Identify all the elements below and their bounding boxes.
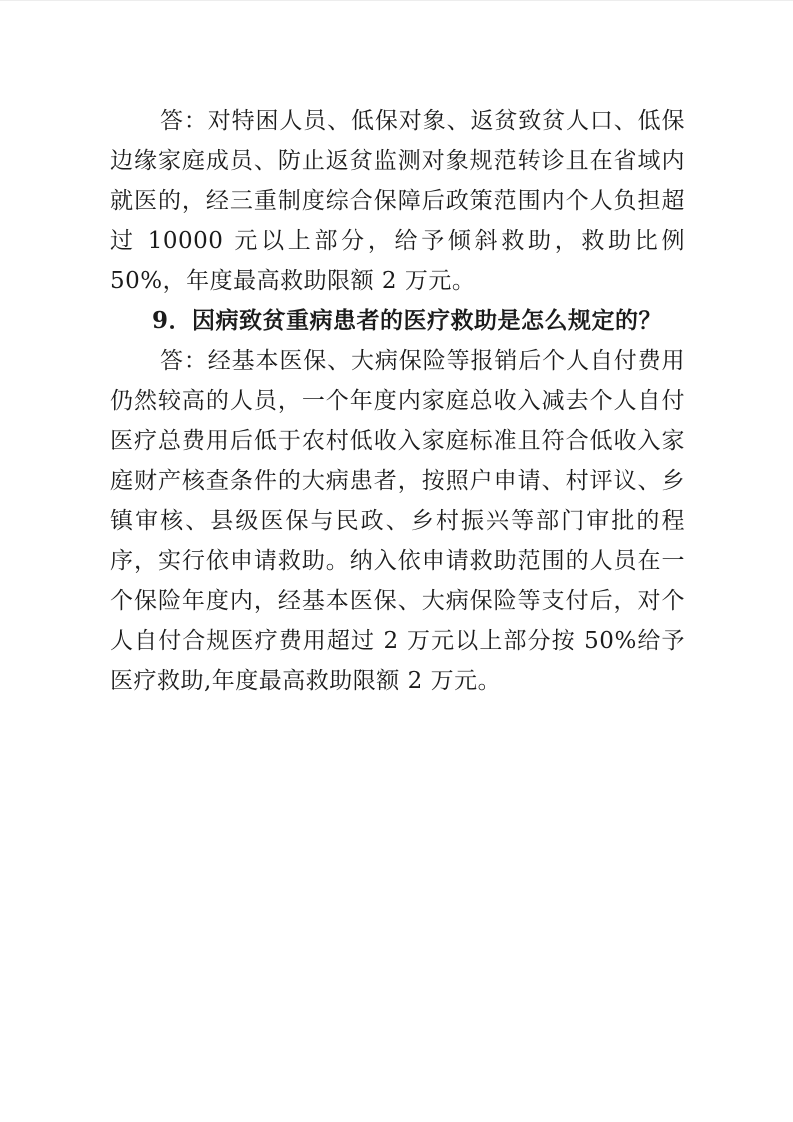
paragraph-answer-q9: 答：经基本医保、大病保险等报销后个人自付费用仍然较高的人员，一个年度内家庭总收入… — [110, 341, 685, 701]
document-page: 答：对特困人员、低保对象、返贫致贫人口、低保边缘家庭成员、防止返贫监测对象规范转… — [0, 0, 793, 1122]
heading-question-9: 9．因病致贫重病患者的医疗救助是怎么规定的？ — [110, 301, 685, 341]
document-content: 答：对特困人员、低保对象、返贫致贫人口、低保边缘家庭成员、防止返贫监测对象规范转… — [110, 101, 685, 701]
paragraph-answer-q8: 答：对特困人员、低保对象、返贫致贫人口、低保边缘家庭成员、防止返贫监测对象规范转… — [110, 101, 685, 301]
